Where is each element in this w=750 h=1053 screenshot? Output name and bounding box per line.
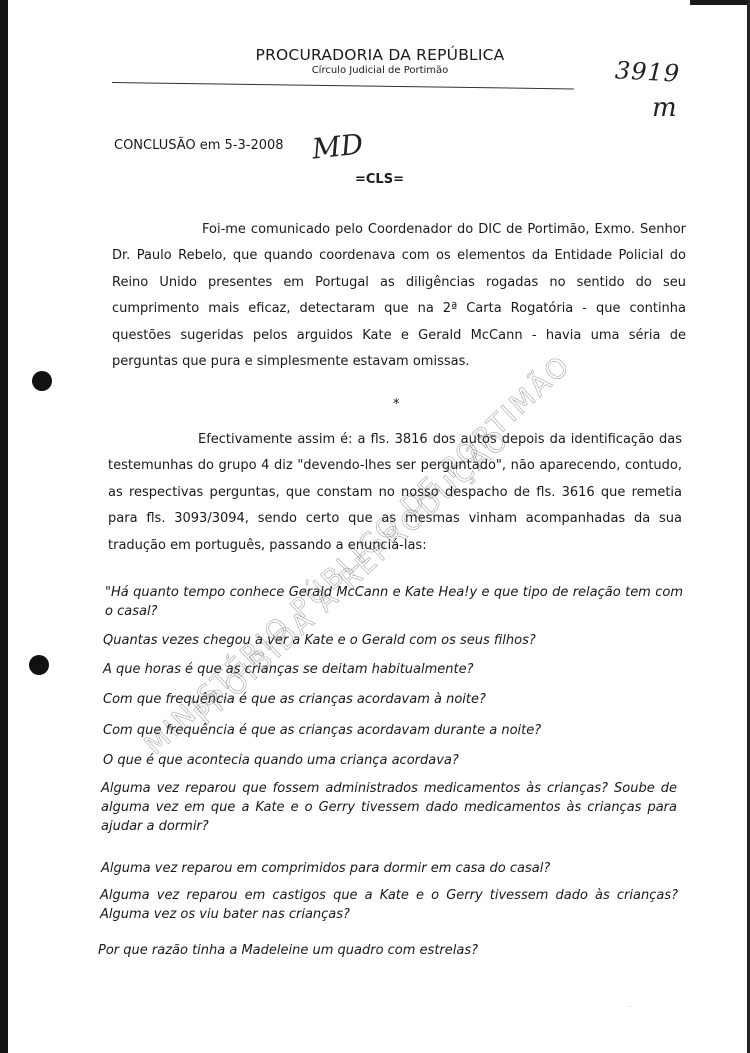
scan-edge-top: [690, 0, 750, 5]
handwritten-initials: m: [652, 93, 677, 123]
question-5: Com que frequência é que as crianças aco…: [103, 721, 681, 740]
header-rule: [112, 82, 574, 89]
punch-hole-bottom: [29, 655, 49, 675]
handwritten-signature: MD: [310, 127, 364, 165]
question-8: Alguma vez reparou em comprimidos para d…: [101, 859, 679, 878]
question-9: Alguma vez reparou em castigos que a Kat…: [100, 886, 678, 924]
paragraph-2-text: Efectivamente assim é: a fls. 3816 dos a…: [108, 432, 682, 553]
question-6: O que é que acontecia quando uma criança…: [103, 751, 681, 770]
question-2: Quantas vezes chegou a ver a Kate e o Ge…: [103, 631, 681, 650]
paragraph-1-text: Foi-me comunicado pelo Coordenador do DI…: [112, 222, 686, 369]
punch-hole-top: [32, 371, 52, 391]
question-4: Com que frequência é que as crianças aco…: [103, 690, 681, 709]
conclusao-date: CONCLUSÃO em 5-3-2008: [114, 138, 284, 153]
question-10: Por que razão tinha a Madeleine um quadr…: [98, 941, 676, 960]
paragraph-2: Efectivamente assim é: a fls. 3816 dos a…: [108, 427, 682, 559]
handwritten-page-number: 3919: [614, 56, 680, 87]
scan-edge-left: [0, 0, 8, 1053]
question-7: Alguma vez reparou que fossem administra…: [101, 779, 677, 836]
question-3: A que horas é que as crianças se deitam …: [103, 660, 681, 679]
paragraph-1: Foi-me comunicado pelo Coordenador do DI…: [112, 217, 686, 375]
scan-speck: · ·: [627, 1004, 633, 1011]
section-separator: *: [393, 397, 400, 412]
cls-marker: =CLS=: [355, 172, 404, 187]
question-1: "Há quanto tempo conhece Gerald McCann e…: [105, 583, 683, 621]
